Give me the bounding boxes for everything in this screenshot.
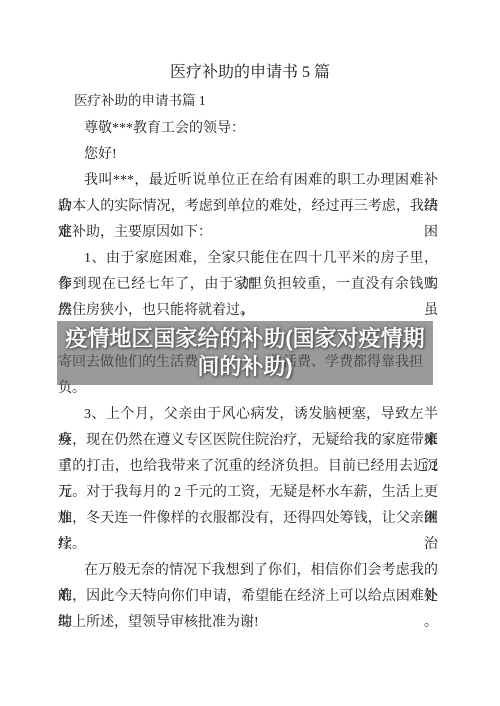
text-line: 合本人的实际情况，考虑到单位的难处，经过再三考虑，我决定困	[58, 194, 438, 220]
text-line: 的，因此今天特向你们申请，希望能在经济上可以给点困难补助。	[58, 584, 438, 610]
text-line-appeal: 在万般无奈的情况下我想到了你们，相信你们会考虑我的难处	[58, 558, 438, 584]
text-line-reason-3: 3、上个月，父亲由于风心病发，诱发脑梗塞，导致左半身瘫	[58, 402, 438, 428]
text-line: 难，冬天连一件像样的衣服都没有，还得四处筹钱，让父亲继续治	[58, 506, 438, 532]
document-title: 医疗补助的申请书 5 篇	[0, 63, 500, 83]
text-line: 痪，现在仍然在遵义专区医院住院治疗，无疑给我的家庭带来了沉	[58, 428, 438, 454]
caption-overlay-banner: 疫情地区国家给的补助(国家对疫情期间的补助)	[57, 321, 433, 385]
text-line: 作到现在已经七年了，由于家里负担较重，一直没有余钱购房，虽	[58, 272, 438, 298]
text-line-reason-1: 1、由于家庭困难，全家只能住在四十几平米的房子里，参加工	[58, 246, 438, 272]
document-page: { "doc": { "title": "医疗补助的申请书 5 篇", "sec…	[0, 0, 500, 706]
section-heading: 医疗补助的申请书篇 1	[58, 92, 438, 109]
text-line-salutation: 尊敬***教育工会的领导：	[58, 116, 438, 142]
caption-overlay-title: 疫情地区国家给的补助(国家对疫情期间的补助)	[57, 325, 433, 381]
text-line: 我叫***，最近听说单位正在给有困难的职工办理困难补助，结	[58, 168, 438, 194]
text-line-greeting: 您好!	[58, 142, 438, 168]
text-line: 重的打击，也给我带来了沉重的经济负担。目前已经用去近 2 万	[58, 454, 438, 480]
text-line: 元。对于我每月的 2 千元的工资，无疑是杯水车薪，生活上更加困	[58, 480, 438, 506]
